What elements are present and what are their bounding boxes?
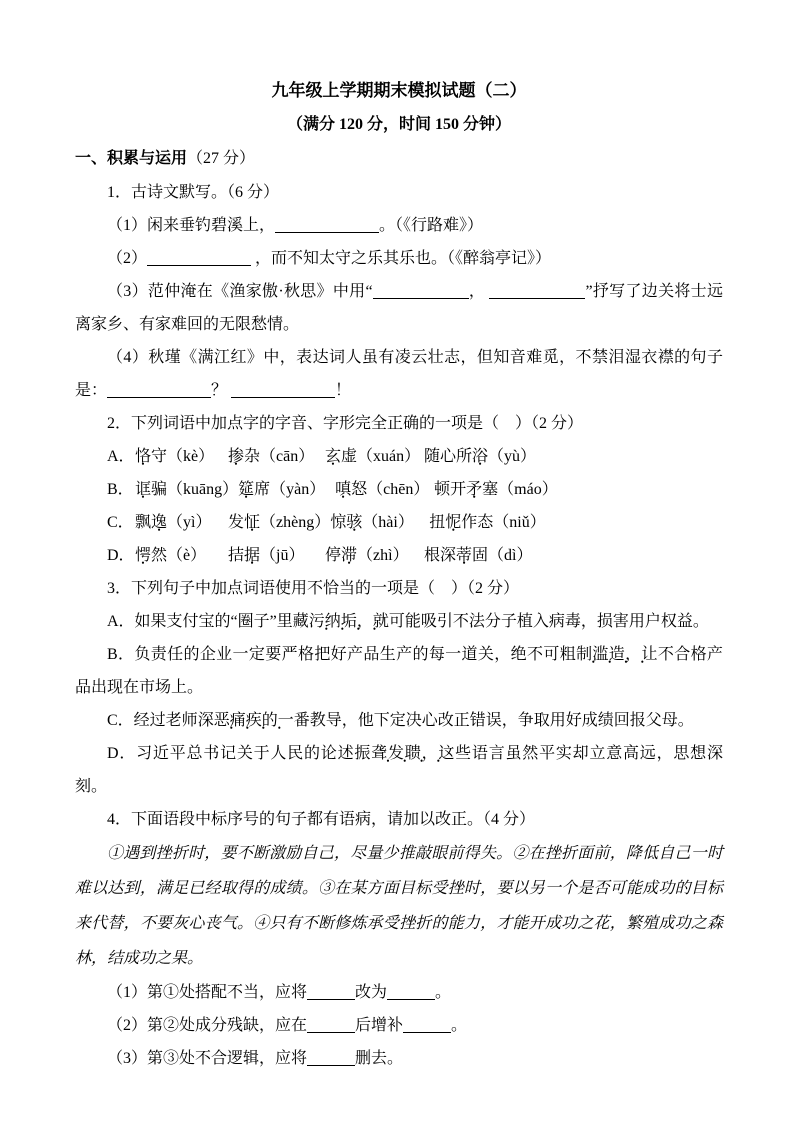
exam-title: 九年级上学期期末模拟试题（二） <box>75 74 723 108</box>
exam-subtitle: （满分 120 分，时间 150 分钟） <box>75 108 723 142</box>
q2-option-c: C．飘逸（yì）发怔（zhèng）惊骇（hài）扭怩作态（niǔ） <box>75 506 723 539</box>
q3-option-d: D．习近平总书记关于人民的论述振聋发聩，这些语言虽然平实却立意高远，思想深刻。 <box>75 737 723 803</box>
q2-option-d-word-1: 愕然（è） <box>135 539 228 572</box>
q3-option-b: B．负责任的企业一定要严格把好产品生产的每一道关，绝不可粗制滥造，让不合格产品出… <box>75 638 723 704</box>
section-1-heading: 一、积累与运用（27 分） <box>75 142 723 176</box>
q1-item-2: （2） ，而不知太守之乐其乐也。（《醉翁亭记》） <box>75 242 723 275</box>
q2-option-a-word-3: 玄虚（xuán） <box>325 440 424 473</box>
q2-option-c-word-2: 发怔（zhèng） <box>228 506 330 539</box>
q4-item-3: （3）第③处不合逻辑，应将删去。 <box>75 1042 723 1075</box>
q2-option-b: B．诓骗（kuāng）筵席（yàn）嗔怒（chēn）顿开矛塞（máo） <box>75 473 723 506</box>
q2-option-d: D．愕然（è）拮据（jū）停滞（zhì）根深蒂固（dì） <box>75 539 723 572</box>
q2-option-c-word-1: 飘逸（yì） <box>135 506 228 539</box>
q3-option-a: A．如果支付宝的“圈子”里藏污纳垢，就可能吸引不法分子植入病毒，损害用户权益。 <box>75 605 723 638</box>
section-1-title: 一、积累与运用 <box>75 150 187 167</box>
q2-option-d-label: D． <box>107 539 135 572</box>
q2-stem: 2．下列词语中加点字的字音、字形完全正确的一项是（ ）（2 分） <box>75 407 723 440</box>
q2-option-b-word-1: 诓骗（kuāng） <box>135 473 238 506</box>
q2-option-b-word-3: 嗔怒（chēn） <box>335 473 434 506</box>
q4-item-1: （1）第①处搭配不当，应将改为。 <box>75 976 723 1009</box>
q1-item-4: （4）秋瑾《满江红》中，表达词人虽有凌云壮志，但知音难觅，不禁泪湿衣襟的句子是：… <box>75 341 723 407</box>
q2-option-c-label: C． <box>107 506 135 539</box>
q2-option-d-word-2: 拮据（jū） <box>228 539 325 572</box>
q3-option-c: C．经过老师深恶痛疾的一番教导，他下定决心改正错误，争取用好成绩回报父母。 <box>75 704 723 737</box>
q2-option-a-label: A． <box>107 440 135 473</box>
q2-option-a-word-4: 随心所浴（yù） <box>424 440 536 473</box>
q4-stem: 4．下面语段中标序号的句子都有语病，请加以改正。（4 分） <box>75 803 723 836</box>
q2-option-c-word-3: 惊骇（hài） <box>330 506 429 539</box>
q2-option-a-word-2: 掺杂（cān） <box>228 440 325 473</box>
q2-option-a-word-1: 恪守（kè） <box>135 440 228 473</box>
q2-option-b-word-4: 顿开矛塞（máo） <box>434 473 558 506</box>
q2-option-b-label: B． <box>107 473 135 506</box>
q2-option-d-word-4: 根深蒂固（dì） <box>424 539 532 572</box>
q4-passage: ①遇到挫折时，要不断激励自己，尽量少推敲眼前得失。②在挫折面前，降低自己一时难以… <box>75 836 723 976</box>
q4-item-2: （2）第②处成分残缺，应在后增补。 <box>75 1009 723 1042</box>
q2-option-a: A．恪守（kè）掺杂（cān）玄虚（xuán）随心所浴（yù） <box>75 440 723 473</box>
q2-option-d-word-3: 停滞（zhì） <box>325 539 424 572</box>
section-1-score: （27 分） <box>187 150 255 167</box>
q2-option-b-word-2: 筵席（yàn） <box>238 473 335 506</box>
q1-item-3: （3）范仲淹在《渔家傲·秋思》中用“， ”抒写了边关将士远离家乡、有家难回的无限… <box>75 275 723 341</box>
q2-option-c-word-4: 扭怩作态（niǔ） <box>429 506 545 539</box>
q1-item-1: （1）闲来垂钓碧溪上，。（《行路难》） <box>75 209 723 242</box>
exam-page: 九年级上学期期末模拟试题（二） （满分 120 分，时间 150 分钟） 一、积… <box>0 0 793 1075</box>
q3-stem: 3．下列句子中加点词语使用不恰当的一项是（ ）（2 分） <box>75 572 723 605</box>
q1-stem: 1．古诗文默写。（6 分） <box>75 176 723 209</box>
